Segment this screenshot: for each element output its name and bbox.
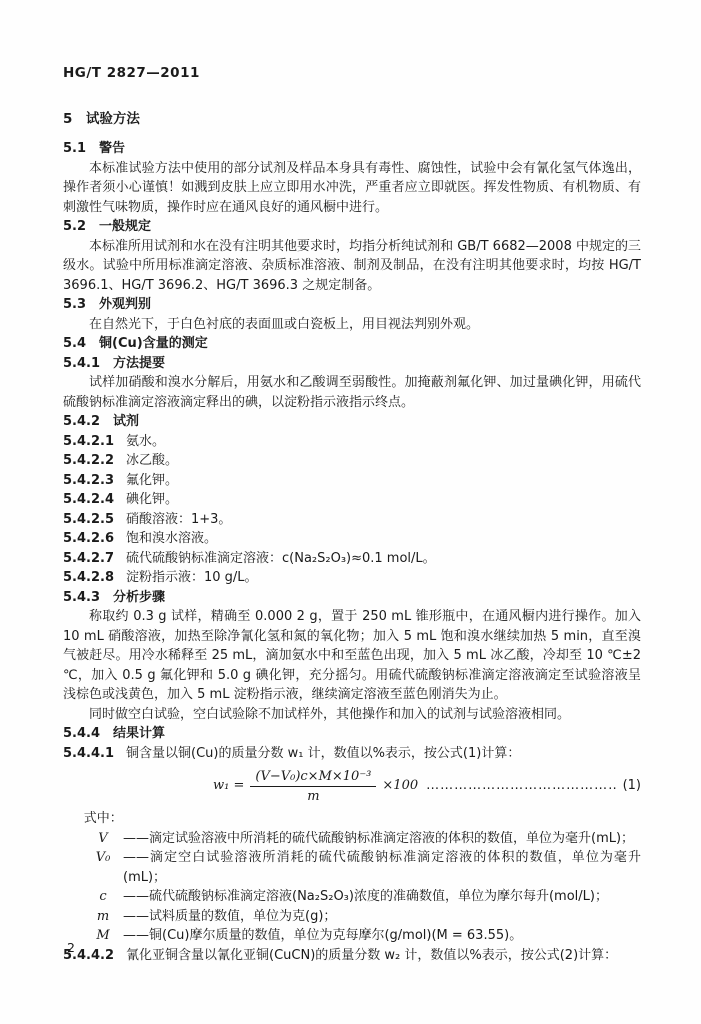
section-5-2-paragraph: 本标准所用试剂和水在没有注明其他要求时，均指分析纯试剂和 GB/T 6682—2…: [63, 237, 641, 296]
section-5-4-3-title: 5.4.3 分析步骤: [63, 588, 641, 608]
formula-multiplier: ×100: [382, 776, 418, 796]
formula-numerator: (V−V₀)c×M×10⁻³: [250, 768, 376, 787]
clause-number: 5.4.4.1: [63, 746, 114, 761]
variable-description: ——滴定空白试验溶液所消耗的硫代硫酸钠标准滴定溶液的体积的数值，单位为毫升(mL…: [123, 848, 641, 887]
formula-dot-leader: ………………………………………………………………: [426, 776, 616, 796]
clause-text: 氰化亚铜含量以氰化亚铜(CuCN)的质量分数 w₂ 计，数值以%表示，按公式(2…: [126, 948, 617, 963]
clause-text: 硫代硫酸钠标准滴定溶液：c(Na₂S₂O₃)≈0.1 mol/L。: [126, 551, 436, 566]
reagent-clause: 5.4.2.7硫代硫酸钠标准滴定溶液：c(Na₂S₂O₃)≈0.1 mol/L。: [63, 549, 641, 569]
where-label: 式中：: [63, 809, 641, 829]
clause-text: 硝酸溶液：1+3。: [126, 512, 231, 527]
clause-text: 铜含量以铜(Cu)的质量分数 w₁ 计，数值以%表示，按公式(1)计算：: [126, 746, 520, 761]
section-5-4-2-title: 5.4.2 试剂: [63, 412, 641, 432]
clause-text: 氟化钾。: [126, 473, 178, 488]
variable-definition: V ——滴定试验溶液中所消耗的硫代硫酸钠标准滴定溶液的体积的数值，单位为毫升(m…: [63, 829, 641, 849]
section-5-4-3-paragraph-1: 称取约 0.3 g 试样，精确至 0.000 2 g，置于 250 mL 锥形瓶…: [63, 607, 641, 705]
reagent-clause: 5.4.2.1氨水。: [63, 432, 641, 452]
clause-number: 5.4.2.1: [63, 434, 114, 449]
section-5-1-title: 5.1 警告: [63, 139, 641, 159]
clause-text: 碘化钾。: [126, 492, 178, 507]
reagent-clause: 5.4.2.8淀粉指示液：10 g/L。: [63, 568, 641, 588]
formula-fraction: (V−V₀)c×M×10⁻³ m: [250, 768, 376, 805]
clause-number: 5.4.2.4: [63, 492, 114, 507]
document-page: HG/T 2827—2011 5 试验方法 5.1 警告 本标准试验方法中使用的…: [0, 0, 701, 1024]
section-5-4-1-paragraph: 试样加硝酸和溴水分解后，用氨水和乙酸调至弱酸性。加掩蔽剂氟化钾、加过量碘化钾，用…: [63, 373, 641, 412]
reagent-clause: 5.4.2.4碘化钾。: [63, 490, 641, 510]
clause-text: 淀粉指示液：10 g/L。: [126, 570, 258, 585]
reagent-clause: 5.4.2.3氟化钾。: [63, 471, 641, 491]
section-5-4-4-title: 5.4.4 结果计算: [63, 724, 641, 744]
clause-number: 5.4.2.3: [63, 473, 114, 488]
variable-description: ——滴定试验溶液中所消耗的硫代硫酸钠标准滴定溶液的体积的数值，单位为毫升(mL)…: [123, 829, 641, 849]
variable-definition: c ——硫代硫酸钠标准滴定溶液(Na₂S₂O₃)浓度的准确数值，单位为摩尔每升(…: [63, 887, 641, 907]
section-5-4-3-paragraph-2: 同时做空白试验，空白试验除不加试样外，其他操作和加入的试剂与试验溶液相同。: [63, 705, 641, 725]
section-5-3-title: 5.3 外观判别: [63, 295, 641, 315]
clause-5-4-4-2: 5.4.4.2氰化亚铜含量以氰化亚铜(CuCN)的质量分数 w₂ 计，数值以%表…: [63, 946, 641, 966]
variable-symbol: M: [83, 926, 123, 946]
section-5-4-1-title: 5.4.1 方法提要: [63, 354, 641, 374]
section-5-3-paragraph: 在自然光下，于白色衬底的表面皿或白瓷板上，用目视法判别外观。: [63, 315, 641, 335]
equation-number: (1): [623, 776, 641, 796]
clause-text: 饱和溴水溶液。: [126, 531, 217, 546]
standard-number-header: HG/T 2827—2011: [63, 64, 641, 84]
clause-text: 氨水。: [126, 434, 165, 449]
clause-number: 5.4.2.6: [63, 531, 114, 546]
variable-symbol: c: [83, 887, 123, 907]
formula-lhs: w₁ =: [213, 776, 244, 796]
reagent-clause: 5.4.2.6饱和溴水溶液。: [63, 529, 641, 549]
page-number: 2: [67, 938, 75, 958]
variable-definition: V₀ ——滴定空白试验溶液所消耗的硫代硫酸钠标准滴定溶液的体积的数值，单位为毫升…: [63, 848, 641, 887]
reagent-clause: 5.4.2.2冰乙酸。: [63, 451, 641, 471]
variable-definition: m ——试料质量的数值，单位为克(g)；: [63, 907, 641, 927]
clause-number: 5.4.2.7: [63, 551, 114, 566]
clause-text: 冰乙酸。: [126, 453, 178, 468]
variable-symbol: V₀: [83, 848, 123, 887]
clause-5-4-4-1: 5.4.4.1铜含量以铜(Cu)的质量分数 w₁ 计，数值以%表示，按公式(1)…: [63, 744, 641, 764]
reagent-clause: 5.4.2.5硝酸溶液：1+3。: [63, 510, 641, 530]
variable-description: ——硫代硫酸钠标准滴定溶液(Na₂S₂O₃)浓度的准确数值，单位为摩尔每升(mo…: [123, 887, 641, 907]
section-5-4-title: 5.4 铜(Cu)含量的测定: [63, 334, 641, 354]
clause-number: 5.4.2.5: [63, 512, 114, 527]
variable-symbol: m: [83, 907, 123, 927]
formula-denominator: m: [307, 787, 319, 805]
variable-definition: M ——铜(Cu)摩尔质量的数值，单位为克每摩尔(g/mol)(M = 63.5…: [63, 926, 641, 946]
clause-number: 5.4.2.8: [63, 570, 114, 585]
variable-description: ——铜(Cu)摩尔质量的数值，单位为克每摩尔(g/mol)(M = 63.55)…: [123, 926, 641, 946]
formula-1: w₁ = (V−V₀)c×M×10⁻³ m ×100 ……………………………………: [63, 763, 641, 809]
section-5-1-paragraph: 本标准试验方法中使用的部分试剂及样品本身具有毒性、腐蚀性，试验中会有氰化氢气体逸…: [63, 159, 641, 218]
variable-symbol: V: [83, 829, 123, 849]
clause-number: 5.4.2.2: [63, 453, 114, 468]
section-5-title: 5 试验方法: [63, 110, 641, 130]
section-5-2-title: 5.2 一般规定: [63, 217, 641, 237]
variable-description: ——试料质量的数值，单位为克(g)；: [123, 907, 641, 927]
